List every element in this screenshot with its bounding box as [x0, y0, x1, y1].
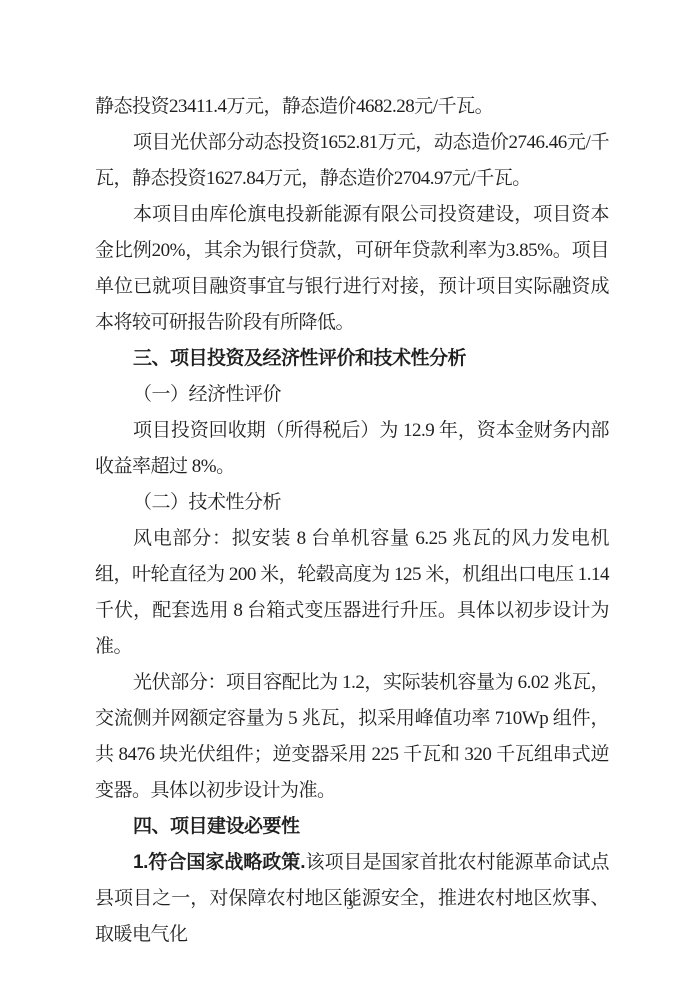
paragraph-national-strategy-lead: 1.符合国家战略政策.: [133, 852, 305, 873]
document-body: 静态投资23411.4万元，静态造价4682.28元/千瓦。 项目光伏部分动态投…: [95, 89, 609, 953]
section-heading-investment-evaluation: 三、项目投资及经济性评价和技术性分析: [95, 341, 609, 377]
paragraph-wind-technical: 风电部分：拟安装 8 台单机容量 6.25 兆瓦的风力发电机组，叶轮直径为 20…: [95, 521, 609, 665]
document-page: 静态投资23411.4万元，静态造价4682.28元/千瓦。 项目光伏部分动态投…: [0, 0, 700, 990]
paragraph-wind-static-investment: 静态投资23411.4万元，静态造价4682.28元/千瓦。: [95, 89, 609, 125]
paragraph-pv-investment: 项目光伏部分动态投资1652.81万元，动态造价2746.46元/千瓦，静态投资…: [95, 125, 609, 197]
paragraph-financing: 本项目由库伦旗电投新能源有限公司投资建设，项目资本金比例20%，其余为银行贷款，…: [95, 197, 609, 341]
subsection-economic-evaluation: （一）经济性评价: [95, 377, 609, 413]
page-number: 3: [0, 896, 700, 916]
subsection-technical-analysis: （二）技术性分析: [95, 485, 609, 521]
paragraph-payback-period: 项目投资回收期（所得税后）为 12.9 年，资本金财务内部收益率超过 8%。: [95, 413, 609, 485]
section-heading-project-necessity: 四、项目建设必要性: [95, 809, 609, 845]
paragraph-pv-technical: 光伏部分：项目容配比为 1.2，实际装机容量为 6.02 兆瓦，交流侧并网额定容…: [95, 665, 609, 809]
